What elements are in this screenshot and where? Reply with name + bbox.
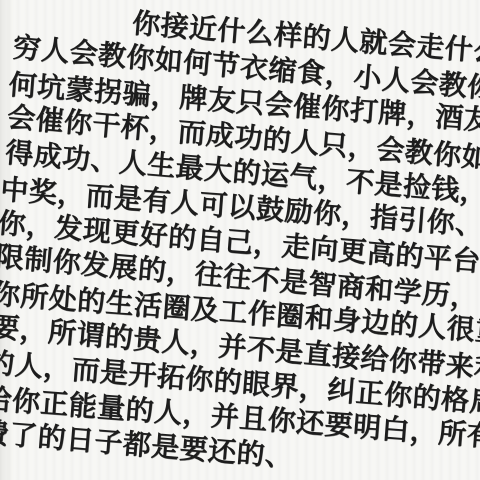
handwritten-text-block: 你接近什么样的人就会走什么样的路， 穷人会教你如何节衣缩食，小人会教你如 何坑蒙… <box>0 0 480 480</box>
handwritten-note-page: 你接近什么样的人就会走什么样的路， 穷人会教你如何节衣缩食，小人会教你如 何坑蒙… <box>0 0 480 480</box>
